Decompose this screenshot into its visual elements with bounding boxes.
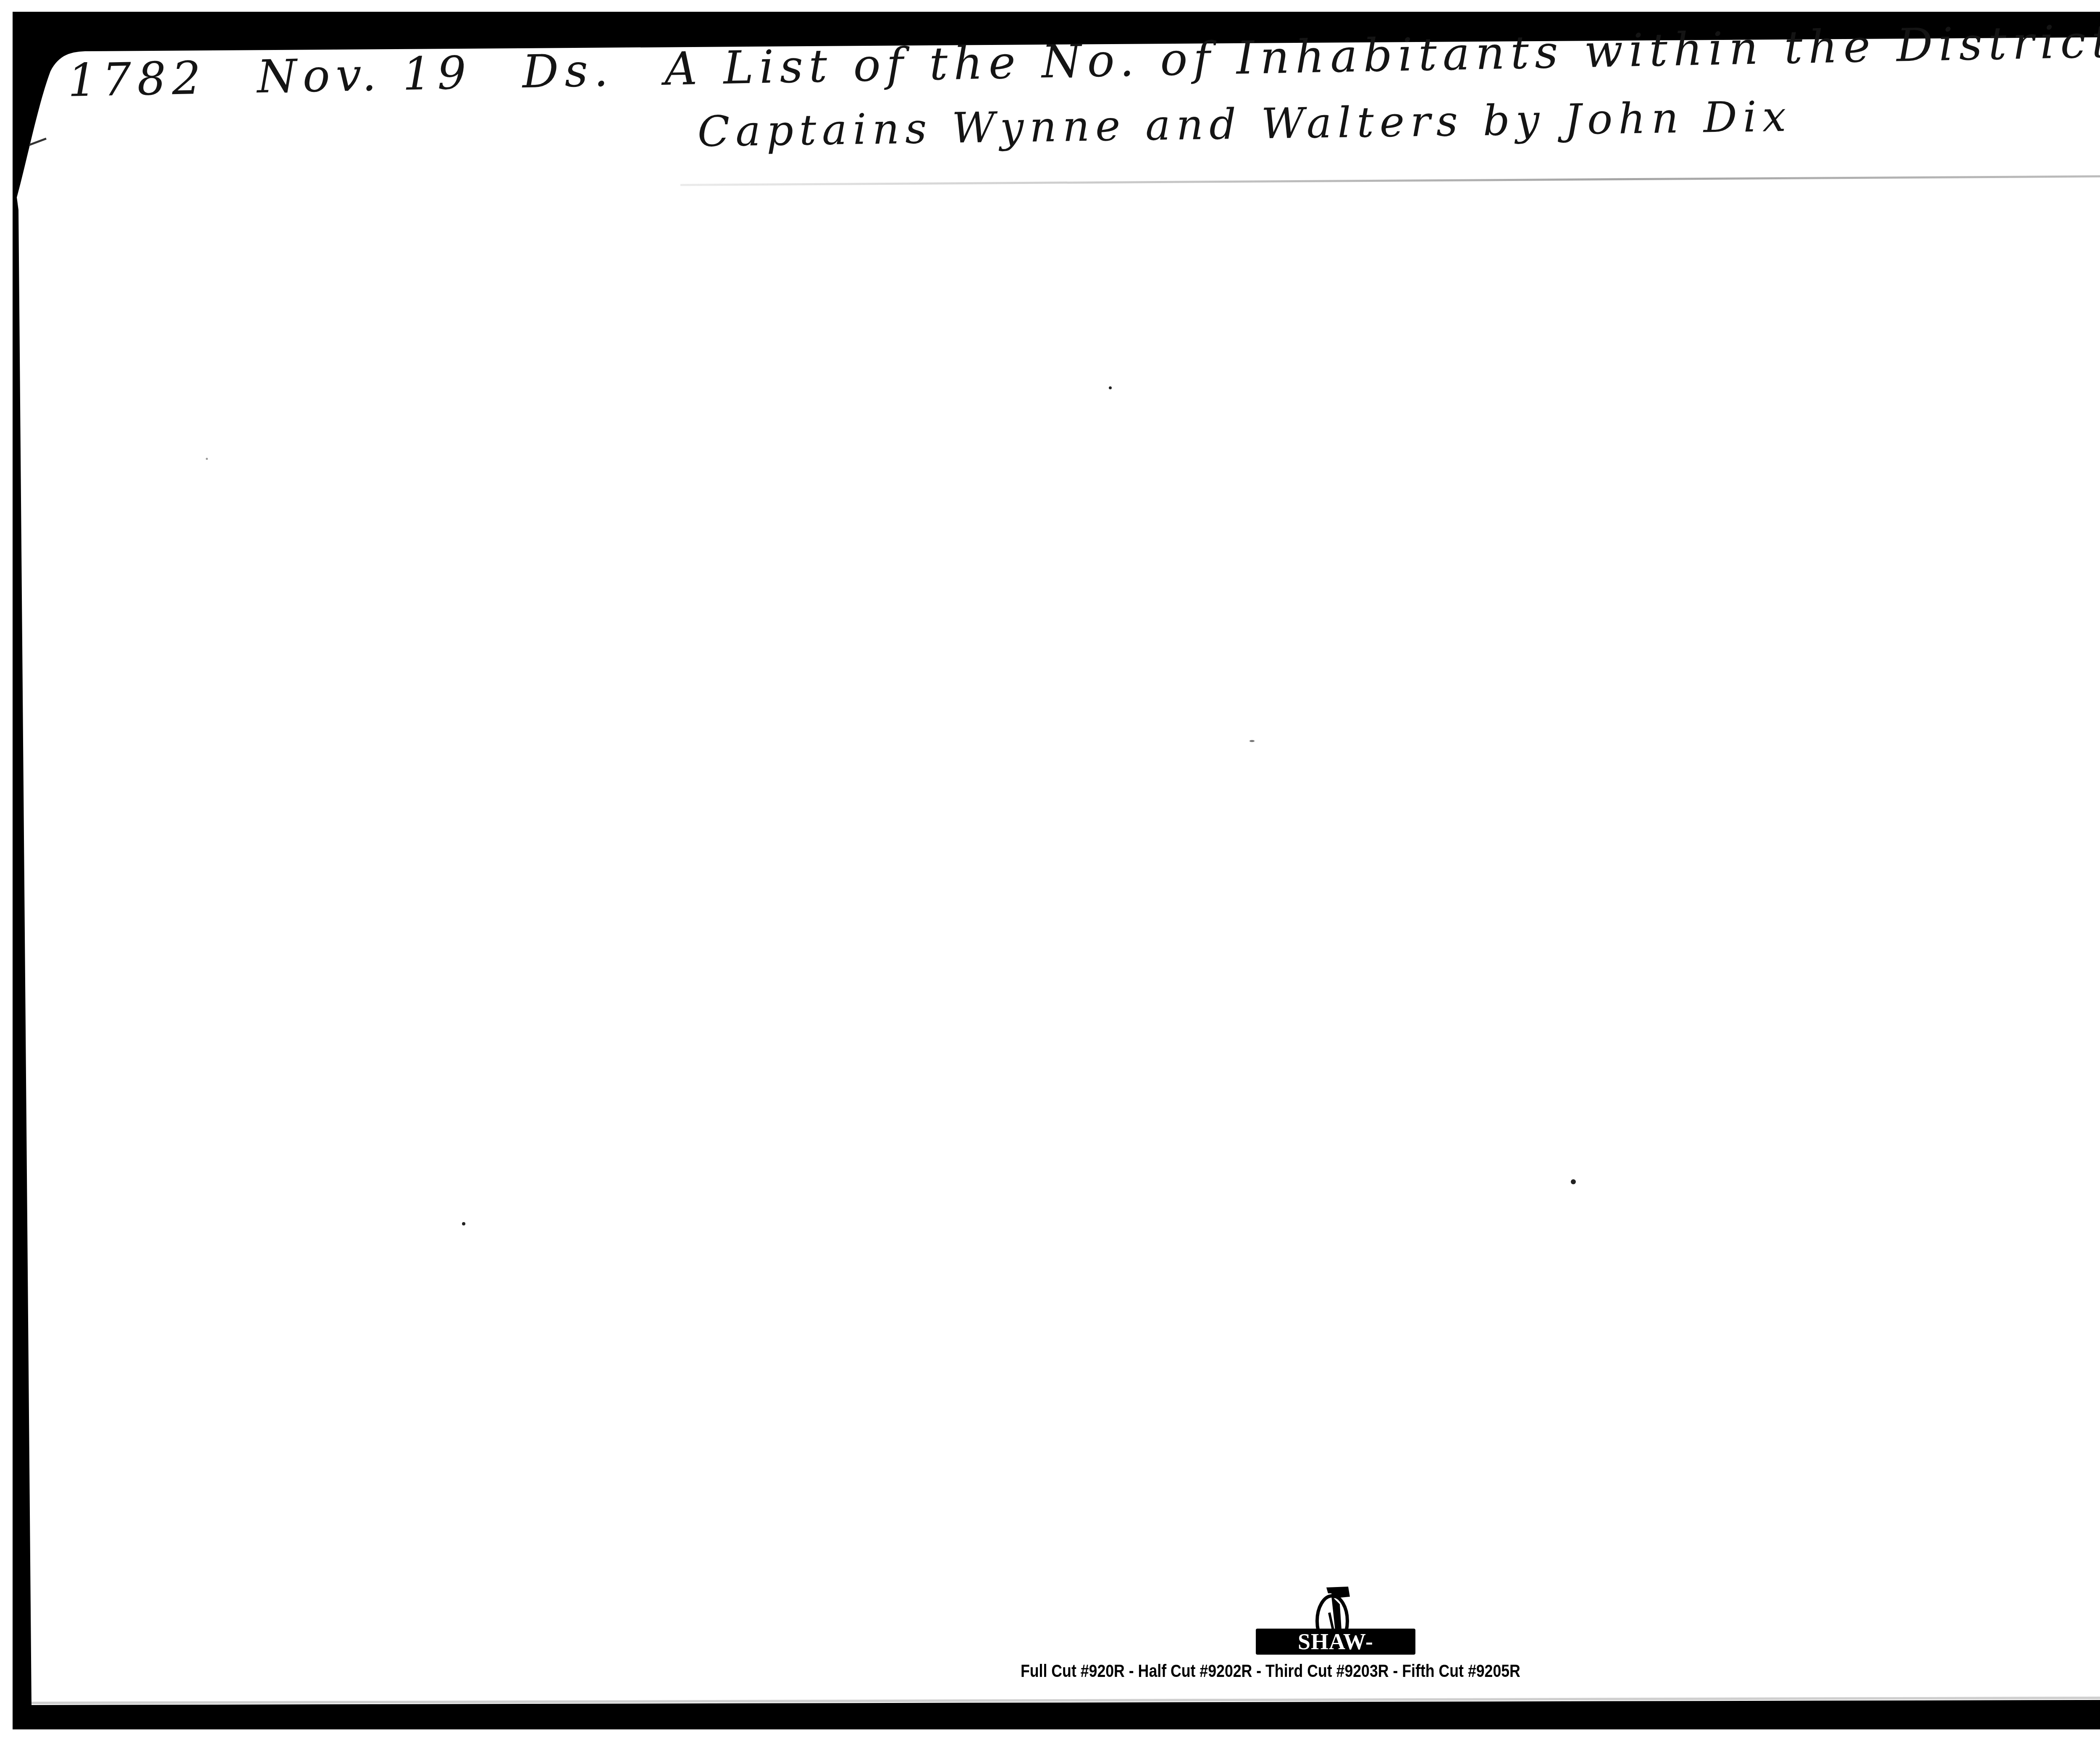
scan-speck	[462, 1222, 465, 1225]
manufacturer-logo: SHAW-WALKER	[1256, 1579, 1424, 1663]
label-year: 1782	[67, 52, 207, 107]
scan-speck	[206, 458, 208, 460]
label-doc-type: Ds.	[522, 44, 614, 98]
scan-speck	[1571, 1179, 1576, 1184]
folder-body	[0, 0, 2100, 1742]
folder-cut-options: Full Cut #920R - Half Cut #9202R - Third…	[1021, 1661, 1551, 1682]
scan-speck	[1249, 740, 1255, 742]
label-date: Nov. 19	[257, 47, 472, 104]
brand-wordmark: SHAW-WALKER	[1256, 1629, 1415, 1655]
scan-speck	[1109, 386, 1112, 389]
